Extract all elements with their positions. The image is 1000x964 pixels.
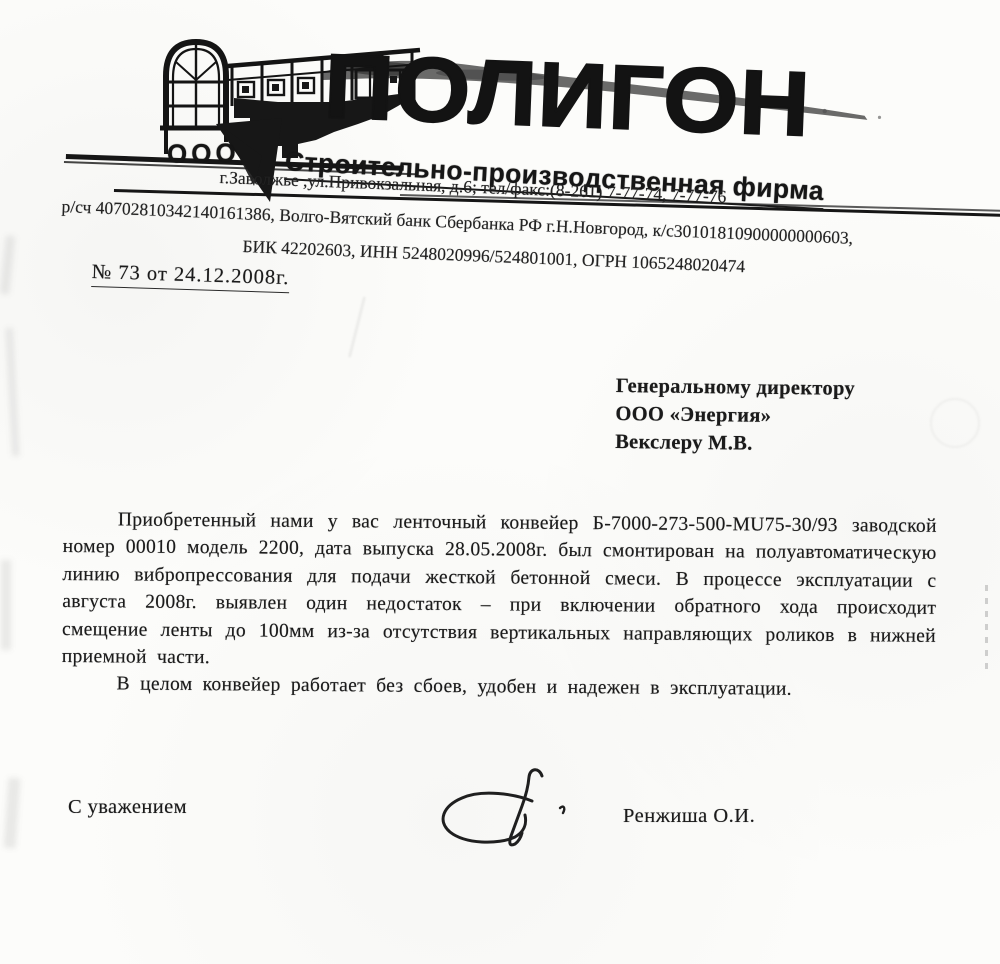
scanned-letter-page: ООО ПОЛИГОН Строительно-производственная…	[0, 0, 1000, 964]
handwritten-signature	[420, 756, 600, 856]
body-paragraph-2: В целом конвейер работает без сбоев, удо…	[61, 670, 935, 704]
scan-smudge-left-2	[6, 328, 20, 456]
reference-number-line: № 73 от 24.12.2008г.	[91, 261, 290, 293]
letter-body: Приобретенный нами у вас ленточный конве…	[61, 506, 936, 705]
letterhead-ids-line: БИК 42202603, ИНН 5248020996/524801001, …	[242, 236, 745, 277]
scan-edge-dashes	[985, 585, 988, 673]
body-paragraph-1: Приобретенный нами у вас ленточный конве…	[62, 506, 937, 677]
scan-faint-ring	[930, 398, 980, 448]
company-name: ПОЛИГОН	[322, 40, 812, 150]
scan-scratch	[349, 297, 366, 358]
closing-phrase: С уважением	[68, 796, 187, 819]
logo-org-form-label: ООО	[167, 137, 240, 169]
addressee-company: ООО «Энергия»	[615, 400, 855, 431]
scan-smudge-left-3	[1, 560, 11, 650]
scan-smudge-left-1	[0, 236, 15, 295]
signer-name: Ренжиша О.И.	[623, 805, 755, 828]
addressee-position: Генеральному директору	[616, 372, 856, 403]
addressee-block: Генеральному директору ООО «Энергия» Век…	[615, 372, 855, 459]
addressee-person: Векслеру М.В.	[615, 428, 855, 459]
scan-smudge-left-4	[4, 778, 21, 849]
